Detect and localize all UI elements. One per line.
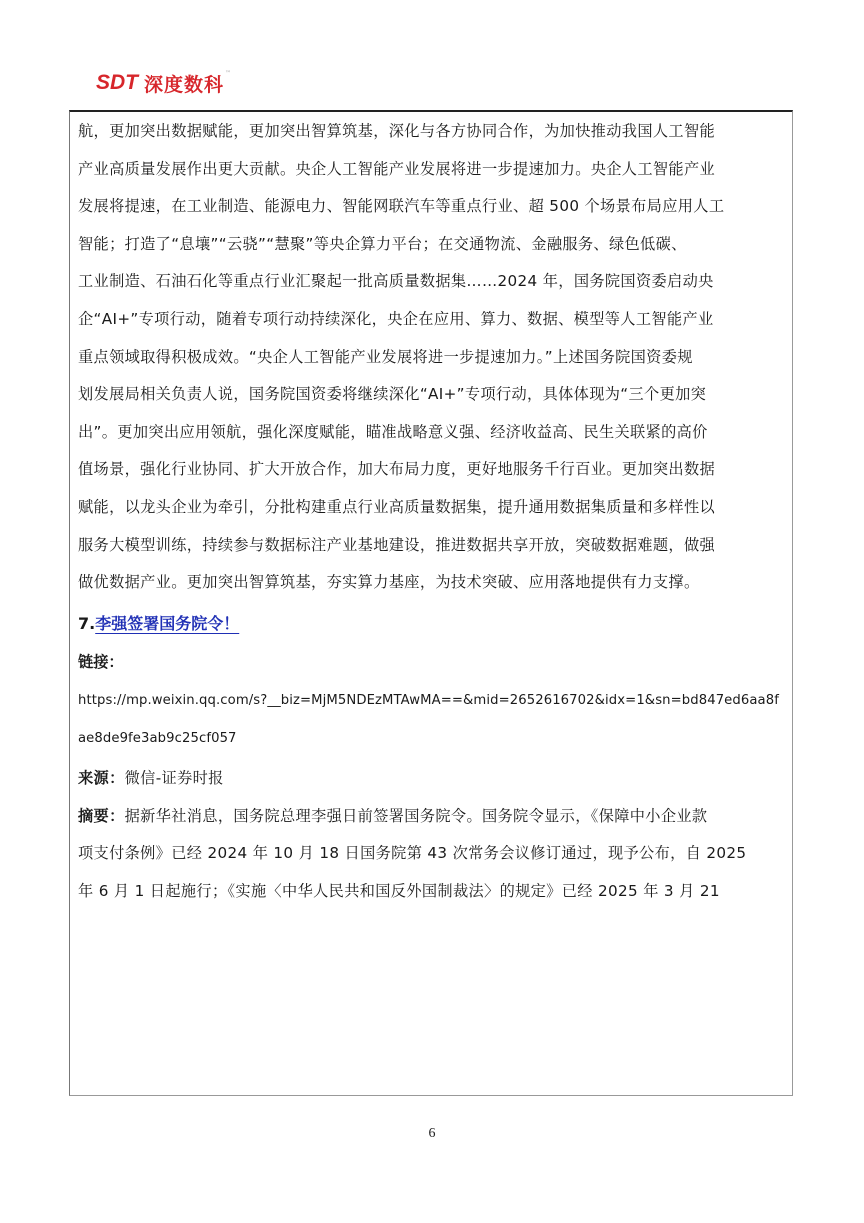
body-paragraph: 航，更加突出数据赋能，更加突出智算筑基，深化与各方协同合作，为加快推动我国人工智… <box>78 113 790 602</box>
article-number: 7. <box>78 614 95 633</box>
source-row: 来源：微信-证券时报 <box>78 758 790 798</box>
article-url-line[interactable]: ae8de9fe3ab9c25cf057 <box>78 720 790 758</box>
paragraph-line: 划发展局相关负责人说，国务院国资委将继续深化“AI+”专项行动，具体体现为“三个… <box>78 376 790 414</box>
logo-text: 深度数科 <box>144 70 224 97</box>
summary-text: 据新华社消息，国务院总理李强日前签署国务院令。国务院令显示，《保障中小企业款 <box>125 807 708 825</box>
paragraph-line: 服务大模型训练，持续参与数据标注产业基地建设，推进数据共享开放，突破数据难题，做… <box>78 527 790 565</box>
paragraph-line: 赋能，以龙头企业为牵引，分批构建重点行业高质量数据集，提升通用数据集质量和多样性… <box>78 489 790 527</box>
source-label: 来源： <box>78 769 125 787</box>
trademark-symbol: ™ <box>225 70 231 77</box>
paragraph-line: 产业高质量发展作出更大贡献。央企人工智能产业发展将进一步提速加力。央企人工智能产… <box>78 151 790 189</box>
paragraph-line: 发展将提速，在工业制造、能源电力、智能网联汽车等重点行业、超 500 个场景布局… <box>78 188 790 226</box>
logo-mark: SDT <box>96 71 138 95</box>
link-label: 链接： <box>78 642 790 682</box>
article-heading: 7.李强签署国务院令！ <box>78 606 790 642</box>
paragraph-line: 工业制造、石油石化等重点行业汇聚起一批高质量数据集……2024 年，国务院国资委… <box>78 263 790 301</box>
paragraph-line: 智能；打造了“息壤”“云骁”“慧聚”等央企算力平台；在交通物流、金融服务、绿色低… <box>78 226 790 264</box>
article-title-link[interactable]: 李强签署国务院令！ <box>95 614 239 633</box>
paragraph-line: 重点领域取得积极成效。“央企人工智能产业发展将进一步提速加力。”上述国务院国资委… <box>78 339 790 377</box>
article-url-line[interactable]: https://mp.weixin.qq.com/s?__biz=MjM5NDE… <box>78 682 790 720</box>
page-number: 6 <box>0 1126 864 1142</box>
paragraph-line: 做优数据产业。更加突出智算筑基，夯实算力基座，为技术突破、应用落地提供有力支撑。 <box>78 564 790 602</box>
page-content: 航，更加突出数据赋能，更加突出智算筑基，深化与各方协同合作，为加快推动我国人工智… <box>78 113 790 911</box>
company-logo: SDT 深度数科 ™ <box>96 70 231 96</box>
paragraph-line: 出”。更加突出应用领航，强化深度赋能，瞄准战略意义强、经济收益高、民生关联紧的高… <box>78 414 790 452</box>
paragraph-line: 航，更加突出数据赋能，更加突出智算筑基，深化与各方协同合作，为加快推动我国人工智… <box>78 113 790 151</box>
summary-label: 摘要： <box>78 807 125 825</box>
summary-line: 年 6 月 1 日起施行；《实施〈中华人民共和国反外国制裁法〉的规定》已经 20… <box>78 873 790 911</box>
source-value: 微信-证券时报 <box>125 769 224 787</box>
paragraph-line: 值场景，强化行业协同、扩大开放合作，加大布局力度，更好地服务千行百业。更加突出数… <box>78 451 790 489</box>
summary-line: 项支付条例》已经 2024 年 10 月 18 日国务院第 43 次常务会议修订… <box>78 835 790 873</box>
summary-line: 摘要：据新华社消息，国务院总理李强日前签署国务院令。国务院令显示，《保障中小企业… <box>78 798 790 836</box>
paragraph-line: 企“AI+”专项行动，随着专项行动持续深化，央企在应用、算力、数据、模型等人工智… <box>78 301 790 339</box>
